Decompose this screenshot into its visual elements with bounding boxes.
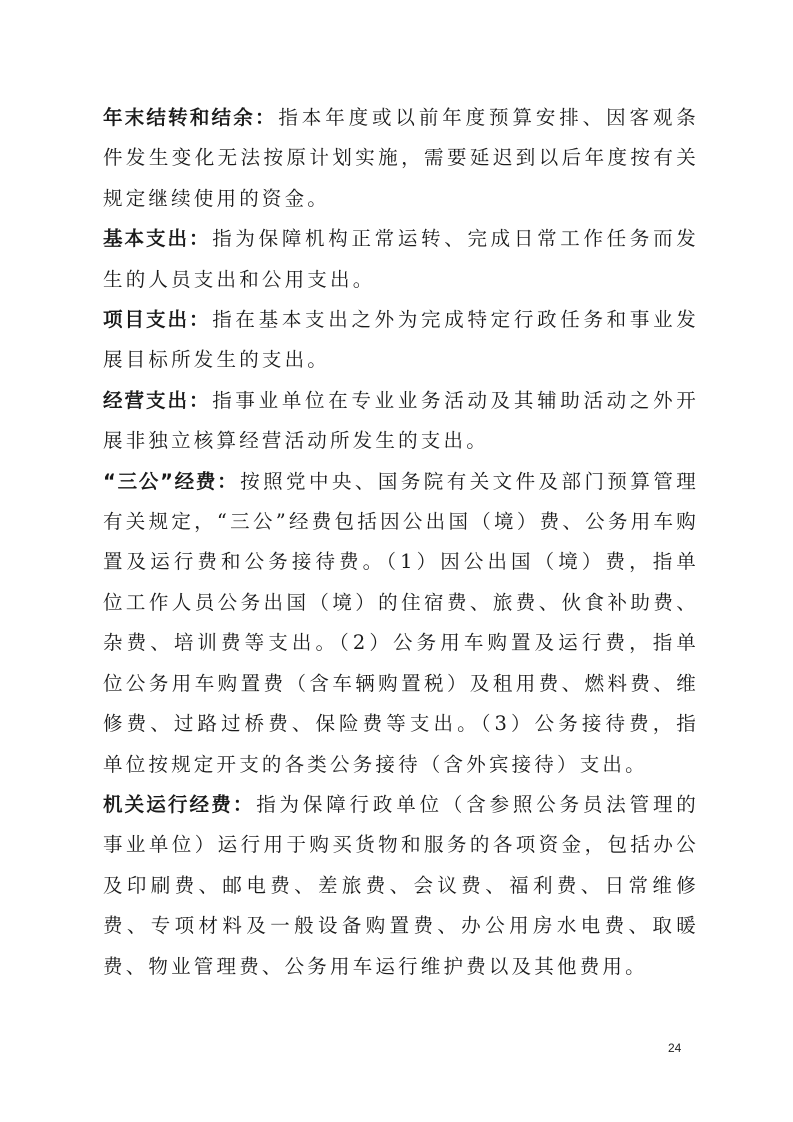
definition-colon: ：: [217, 470, 240, 493]
definition-agency-operating-funds: 机关运行经费：指为保障行政单位（含参照公务员法管理的事业单位）运行用于购买货物和…: [103, 785, 699, 987]
definition-colon: ：: [233, 793, 256, 816]
definition-term: 年末结转和结余: [103, 106, 255, 129]
definition-three-public-expenses: “三公”经费：按照党中央、国务院有关文件及部门预算管理有关规定，“三公”经费包括…: [103, 462, 699, 785]
page-number: 24: [668, 1041, 681, 1055]
definition-colon: ：: [189, 308, 212, 331]
definition-colon: ：: [255, 106, 278, 129]
definition-term: 基本支出: [103, 227, 189, 250]
definition-term: 机关运行经费: [103, 793, 233, 816]
definition-project-expenditure: 项目支出：指在基本支出之外为完成特定行政任务和事业发展目标所发生的支出。: [103, 300, 699, 381]
definition-colon: ：: [189, 227, 212, 250]
definition-term: 项目支出: [103, 308, 189, 331]
definition-text: 指为保障行政单位（含参照公务员法管理的事业单位）运行用于购买货物和服务的各项资金…: [103, 793, 699, 978]
definition-operating-expenditure: 经营支出：指事业单位在专业业务活动及其辅助活动之外开展非独立核算经营活动所发生的…: [103, 381, 699, 462]
definition-year-end-carryover: 年末结转和结余：指本年度或以前年度预算安排、因客观条件发生变化无法按原计划实施，…: [103, 98, 699, 219]
definition-colon: ：: [189, 389, 212, 412]
definition-basic-expenditure: 基本支出：指为保障机构正常运转、完成日常工作任务而发生的人员支出和公用支出。: [103, 219, 699, 300]
definition-text: 按照党中央、国务院有关文件及部门预算管理有关规定，“三公”经费包括因公出国（境）…: [103, 470, 699, 776]
definition-term: “三公”经费: [103, 470, 217, 493]
definition-term: 经营支出: [103, 389, 189, 412]
document-body: 年末结转和结余：指本年度或以前年度预算安排、因客观条件发生变化无法按原计划实施，…: [103, 98, 699, 987]
